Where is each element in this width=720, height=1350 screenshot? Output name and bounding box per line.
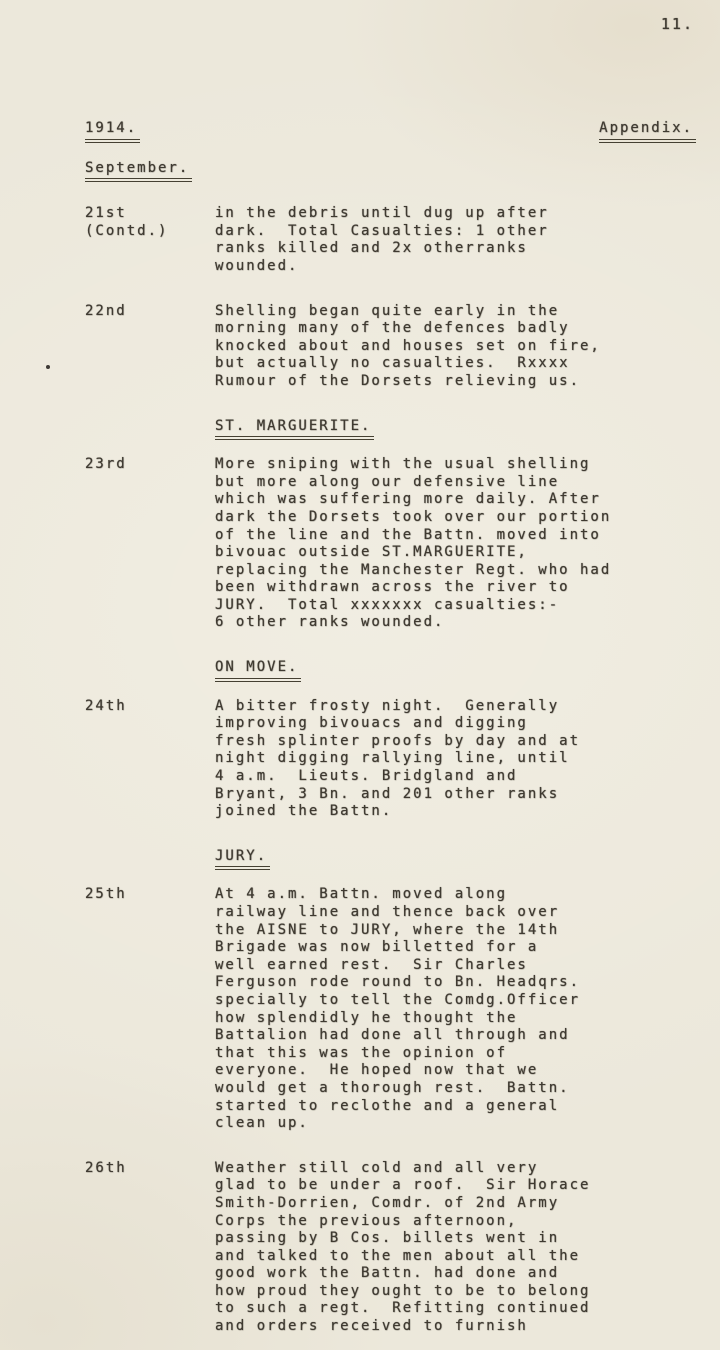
section-heading-text: ST. MARGUERITE. xyxy=(215,418,374,441)
entry-date: 23rd xyxy=(85,456,215,632)
document-page: 11. 1914. Appendix. September. 21st (Con… xyxy=(0,0,720,1350)
month-row: September. xyxy=(85,160,720,183)
entry-date: 26th xyxy=(85,1160,215,1336)
ink-speck xyxy=(46,365,50,369)
heading-st-marguerite: ST. MARGUERITE. xyxy=(215,418,720,441)
entry-21st: 21st (Contd.) in the debris until dug up… xyxy=(85,205,720,275)
heading-on-move: ON MOVE. xyxy=(215,659,720,682)
page-header: 1914. Appendix. xyxy=(0,0,720,143)
entry-body: Shelling began quite early in the mornin… xyxy=(215,303,685,391)
entry-24th: 24th A bitter frosty night. Generally im… xyxy=(85,698,720,821)
entry-body: At 4 a.m. Battn. moved along railway lin… xyxy=(215,886,685,1132)
appendix-heading: Appendix. xyxy=(599,120,696,143)
month-heading: September. xyxy=(85,160,192,183)
entry-date: 21st (Contd.) xyxy=(85,205,215,275)
entry-body: A bitter frosty night. Generally improvi… xyxy=(215,698,685,821)
year-heading: 1914. xyxy=(85,120,140,143)
entry-body: Weather still cold and all very glad to … xyxy=(215,1160,685,1336)
entry-26th: 26th Weather still cold and all very gla… xyxy=(85,1160,720,1336)
heading-jury: JURY. xyxy=(215,848,720,871)
section-heading-text: ON MOVE. xyxy=(215,659,301,682)
page-number: 11. xyxy=(661,16,694,34)
entry-date: 22nd xyxy=(85,303,215,391)
entry-body: in the debris until dug up after dark. T… xyxy=(215,205,685,275)
section-heading-text: JURY. xyxy=(215,848,270,871)
entry-date: 24th xyxy=(85,698,215,821)
entry-25th: 25th At 4 a.m. Battn. moved along railwa… xyxy=(85,886,720,1132)
entry-22nd: 22nd Shelling began quite early in the m… xyxy=(85,303,720,391)
entry-23rd: 23rd More sniping with the usual shellin… xyxy=(85,456,720,632)
diary-sections: 21st (Contd.) in the debris until dug up… xyxy=(0,205,720,1335)
entry-body: More sniping with the usual shelling but… xyxy=(215,456,685,632)
entry-date: 25th xyxy=(85,886,215,1132)
